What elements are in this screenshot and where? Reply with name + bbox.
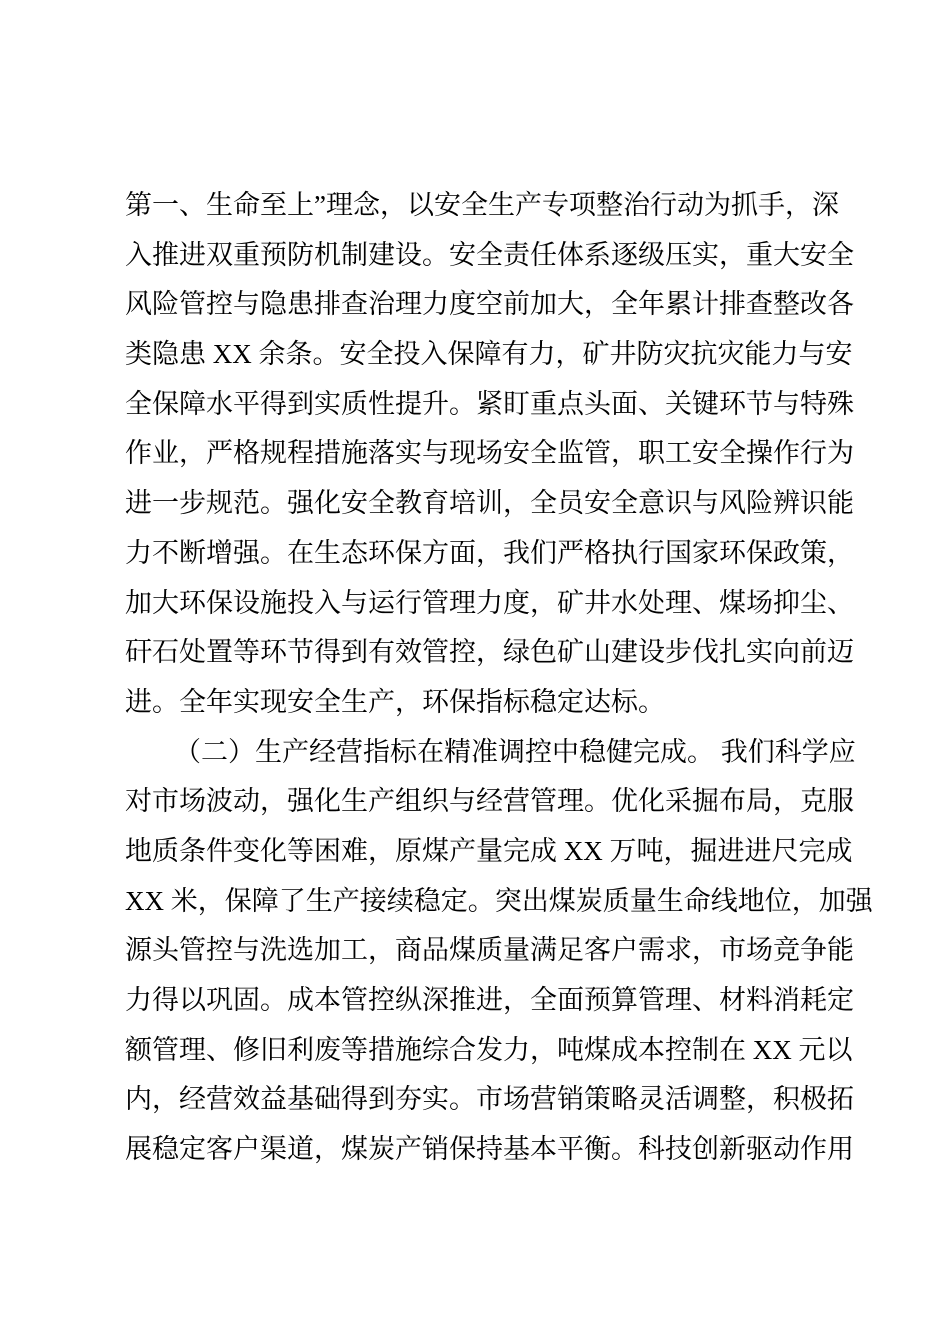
text-line: 内，经营效益基础得到夯实。市场营销策略灵活调整，积极拓	[125, 1075, 865, 1125]
text-line: 入推进双重预防机制建设。安全责任体系逐级压实，重大安全	[125, 231, 865, 281]
text-line: 矸石处置等环节得到有效管控，绿色矿山建设步伐扎实向前迈	[125, 628, 865, 678]
text-line: 额管理、修旧利废等措施综合发力，吨煤成本控制在 XX 元以	[125, 1026, 865, 1076]
text-line: 进。全年实现安全生产，环保指标稳定达标。	[125, 678, 865, 728]
text-line: XX 米，保障了生产接续稳定。突出煤炭质量生命线地位，加强	[125, 877, 865, 927]
text-line: 第一、生命至上”理念，以安全生产专项整治行动为抓手，深	[125, 181, 865, 231]
text-line: 全保障水平得到实质性提升。紧盯重点头面、关键环节与特殊	[125, 380, 865, 430]
text-line-paragraph-start: （二）生产经营指标在精准调控中稳健完成。 我们科学应	[125, 728, 865, 778]
text-line: 作业，严格规程措施落实与现场安全监管，职工安全操作行为	[125, 429, 865, 479]
text-line: 对市场波动，强化生产组织与经营管理。优化采掘布局，克服	[125, 777, 865, 827]
text-line: 地质条件变化等困难，原煤产量完成 XX 万吨，掘进进尺完成	[125, 827, 865, 877]
text-line: 类隐患 XX 余条。安全投入保障有力，矿井防灾抗灾能力与安	[125, 330, 865, 380]
text-line: 源头管控与洗选加工，商品煤质量满足客户需求，市场竞争能	[125, 926, 865, 976]
text-line: 加大环保设施投入与运行管理力度，矿井水处理、煤场抑尘、	[125, 579, 865, 629]
text-line: 风险管控与隐患排查治理力度空前加大，全年累计排查整改各	[125, 280, 865, 330]
text-line: 进一步规范。强化安全教育培训，全员安全意识与风险辨识能	[125, 479, 865, 529]
document-body-text: 第一、生命至上”理念，以安全生产专项整治行动为抓手，深 入推进双重预防机制建设。…	[125, 181, 865, 1175]
text-line: 力得以巩固。成本管控纵深推进，全面预算管理、材料消耗定	[125, 976, 865, 1026]
text-line: 力不断增强。在生态环保方面，我们严格执行国家环保政策，	[125, 529, 865, 579]
document-page: 第一、生命至上”理念，以安全生产专项整治行动为抓手，深 入推进双重预防机制建设。…	[0, 0, 950, 1344]
text-line: 展稳定客户渠道，煤炭产销保持基本平衡。科技创新驱动作用	[125, 1125, 865, 1175]
